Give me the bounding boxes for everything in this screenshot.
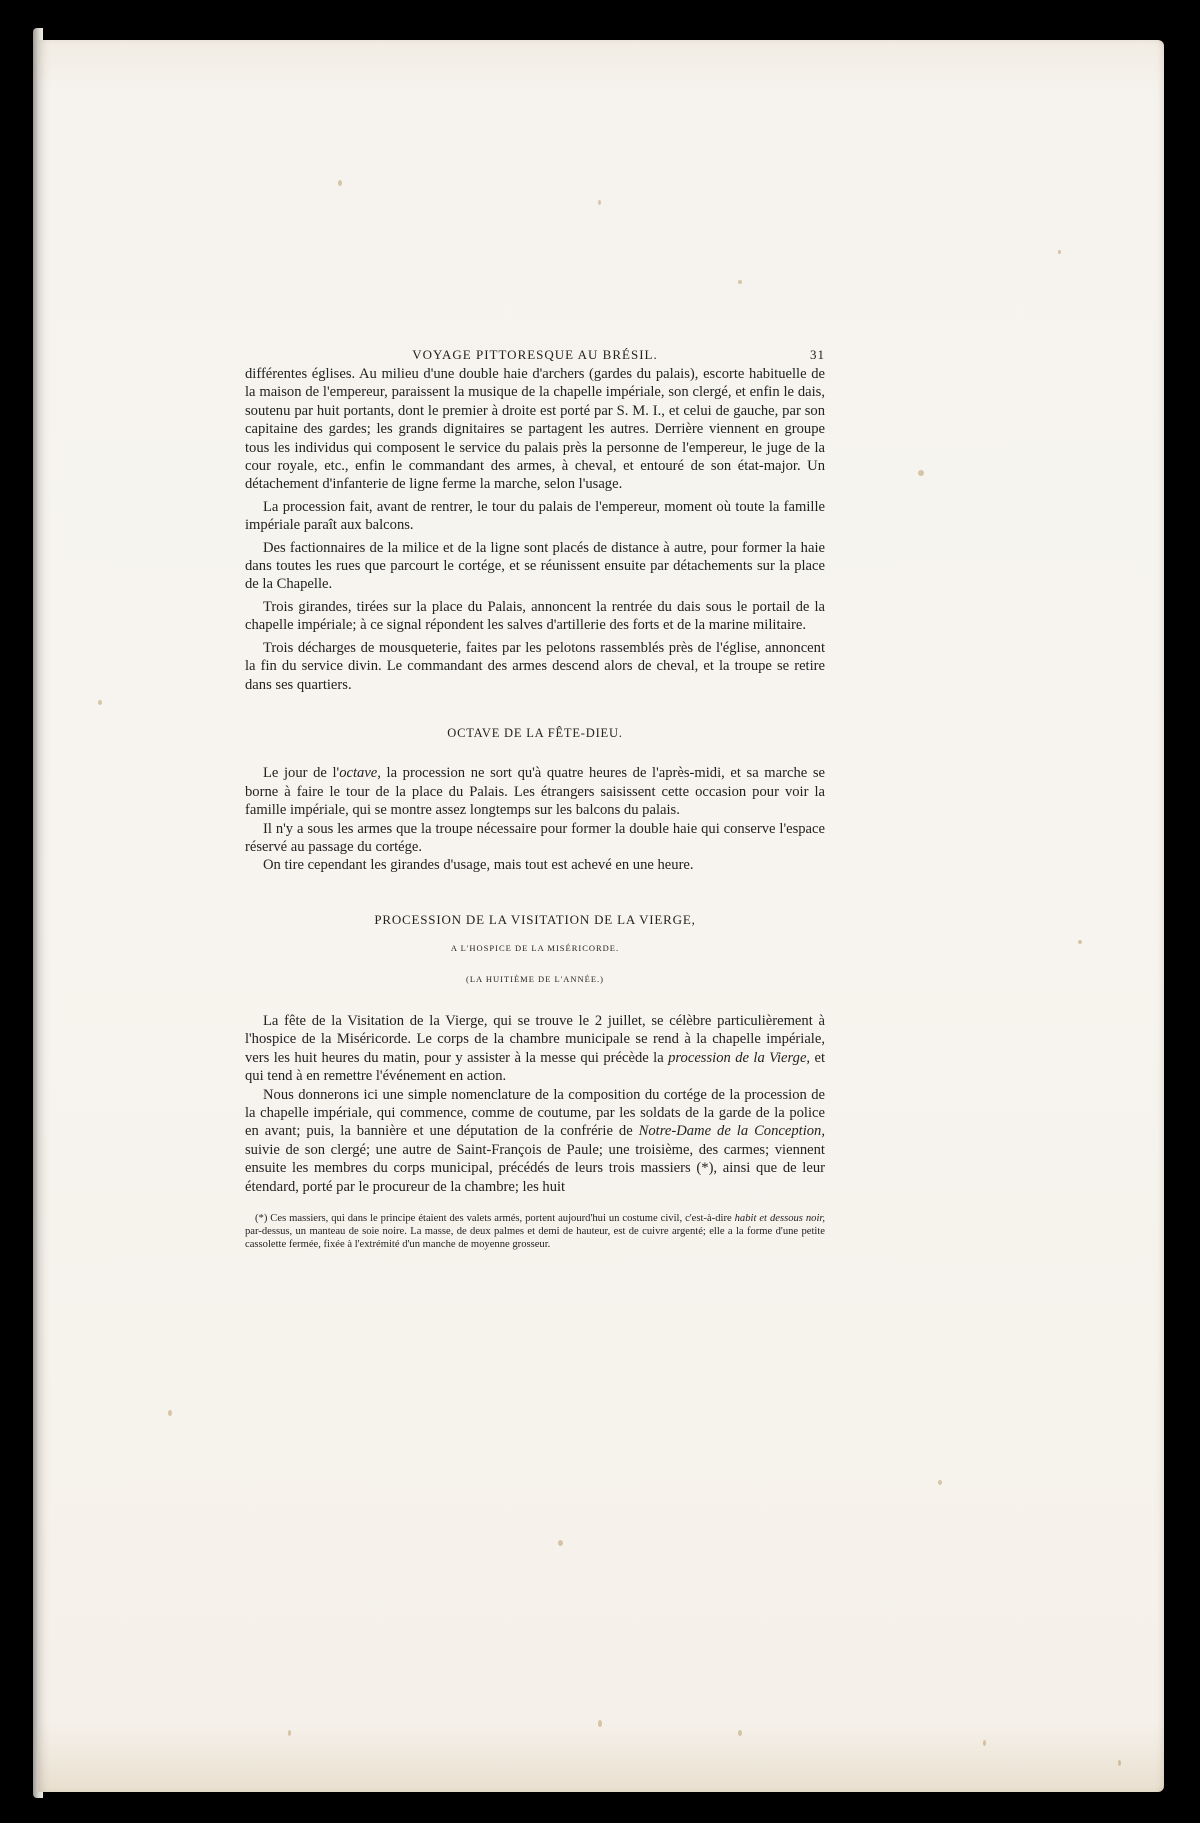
foxing-spot: [168, 1410, 172, 1416]
foxing-spot: [983, 1740, 986, 1746]
foxing-spot: [288, 1730, 291, 1736]
running-head: VOYAGE PITTORESQUE AU BRÉSIL. 31: [245, 346, 825, 364]
foxing-spot: [558, 1540, 563, 1546]
text-block: VOYAGE PITTORESQUE AU BRÉSIL. 31 différe…: [245, 346, 825, 1252]
paragraph: Le jour de l'octave, la procession ne so…: [245, 764, 825, 819]
running-head-title: VOYAGE PITTORESQUE AU BRÉSIL.: [412, 347, 657, 362]
page-number: 31: [810, 346, 825, 364]
foxing-spot: [1118, 1760, 1121, 1766]
section-title-octave: OCTAVE DE LA FÊTE-DIEU.: [245, 724, 825, 742]
paragraph: Il n'y a sous les armes que la troupe né…: [245, 820, 825, 857]
section-subtitle: A L'HOSPICE DE LA MISÉRICORDE.: [245, 939, 825, 957]
foxing-spot: [938, 1480, 942, 1485]
paragraph: différentes églises. Au milieu d'une dou…: [245, 365, 825, 494]
paragraph: Trois décharges de mousqueterie, faites …: [245, 639, 825, 694]
foxing-spot: [1058, 250, 1061, 254]
italic-term: habit et dessous noir,: [735, 1213, 825, 1224]
italic-term: Notre-Dame de la Conception,: [639, 1123, 825, 1139]
foxing-spot: [738, 280, 742, 284]
foxing-spot: [338, 180, 342, 186]
italic-term: octave,: [339, 765, 381, 781]
foxing-spot: [918, 470, 924, 476]
section-title-visitation: PROCESSION DE LA VISITATION DE LA VIERGE…: [245, 911, 825, 929]
paragraph: Des factionnaires de la milice et de la …: [245, 539, 825, 594]
paragraph: Nous donnerons ici une simple nomenclatu…: [245, 1086, 825, 1196]
section-subtitle-note: (LA HUITIÈME DE L'ANNÉE.): [245, 970, 825, 988]
paragraph: On tire cependant les girandes d'usage, …: [245, 856, 825, 874]
foxing-spot: [738, 1730, 742, 1736]
foxing-spot: [598, 1720, 602, 1727]
foxing-spot: [98, 700, 102, 705]
foxing-spot: [598, 200, 601, 205]
paragraph: La procession fait, avant de rentrer, le…: [245, 498, 825, 535]
paragraph: Trois girandes, tirées sur la place du P…: [245, 598, 825, 635]
paragraph: La fête de la Visitation de la Vierge, q…: [245, 1012, 825, 1086]
footnote: (*) Ces massiers, qui dans le principe é…: [245, 1212, 825, 1252]
italic-term: procession de la Vierge,: [668, 1050, 810, 1066]
foxing-spot: [1078, 940, 1082, 944]
